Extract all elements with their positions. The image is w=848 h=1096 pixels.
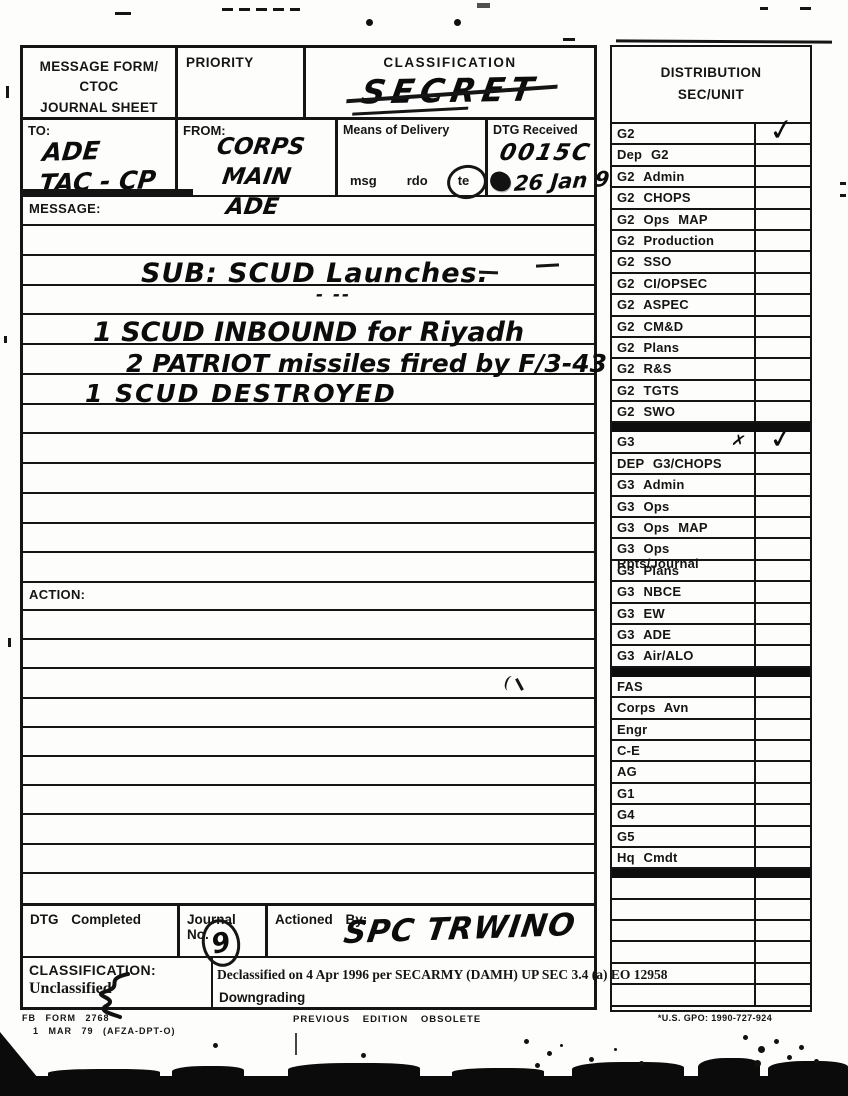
distribution-unit-label: G3 Ops MAP — [612, 518, 756, 537]
distribution-row — [612, 900, 810, 921]
distribution-unit-label: G2 CI/OPSEC — [612, 274, 756, 293]
distribution-checkbox-cell — [756, 698, 810, 717]
distribution-row — [612, 878, 810, 899]
distribution-row: C-E — [612, 741, 810, 762]
checkmark-icon: ✓ — [767, 111, 797, 149]
message-section: MESSAGE: SUB: SCUD Launches.- --1 SCUD I… — [20, 197, 597, 583]
distribution-row: G3 Ops MAP — [612, 518, 810, 539]
message-line: 1 SCUD INBOUND for Riyadh — [23, 315, 594, 345]
distribution-row: G2 CM&D — [612, 317, 810, 338]
handwritten-classification-value: SECRET — [358, 69, 542, 111]
dtg-received-cell: DTG Received 0015C 26 Jan 91 — [488, 120, 594, 195]
distribution-row: FAS — [612, 677, 810, 698]
distribution-checkbox-cell — [756, 604, 810, 623]
scan-artifact — [6, 86, 9, 98]
journal-no-cell: Journal No. 9 — [180, 906, 268, 956]
scan-edge-artifact — [698, 1058, 760, 1078]
message-line: 2 PATRIOT missiles fired by F/3-43 — [23, 345, 594, 375]
distribution-checkbox-cell — [756, 720, 810, 739]
distribution-unit-label: G3 EW — [612, 604, 756, 623]
message-line — [23, 524, 594, 554]
distribution-unit-label: Corps Avn — [612, 698, 756, 717]
scan-speckles — [0, 0, 3, 3]
scan-edge-artifact — [0, 1032, 38, 1078]
distribution-checkbox-cell — [756, 252, 810, 271]
distribution-checkbox-cell — [756, 762, 810, 781]
action-lines — [23, 611, 594, 903]
distribution-rows: G2✓Dep G2G2 AdminG2 CHOPSG2 Ops MAPG2 Pr… — [612, 124, 810, 1007]
distribution-checkbox-cell — [756, 827, 810, 846]
distribution-row: G2 SSO — [612, 252, 810, 273]
distribution-row: G2✓ — [612, 124, 810, 145]
scan-edge-artifact — [572, 1062, 684, 1078]
section-divider — [612, 869, 810, 878]
distribution-row: G5 — [612, 827, 810, 848]
distribution-unit-label: G3 Plans — [612, 561, 756, 580]
message-line: SUB: SCUD Launches. — [23, 256, 594, 286]
handwritten-actioned-by: SPC TRWINO — [342, 907, 579, 951]
distribution-unit-label: G2 R&S — [612, 359, 756, 378]
message-line — [23, 226, 594, 256]
distribution-unit-label: G2 Ops MAP — [612, 210, 756, 229]
scanned-journal-sheet: MESSAGE FORM/ CTOC JOURNAL SHEET PRIORIT… — [0, 0, 848, 1096]
handwritten-dtg-date: 26 Jan 91 — [513, 166, 625, 196]
gpo-print-note: *U.S. GPO: 1990-727-924 — [616, 1013, 814, 1023]
handwritten-message-text: 1 SCUD INBOUND for Riyadh — [93, 317, 524, 348]
distribution-checkbox-cell — [756, 475, 810, 494]
delivery-options: msgrdote — [350, 173, 469, 188]
distribution-checkbox-cell — [756, 210, 810, 229]
scan-edge-artifact — [48, 1069, 160, 1078]
distribution-checkbox-cell — [756, 942, 810, 961]
addressing-row: TO: ADE TAC - CP FROM: CORPS MAIN ADE Me… — [20, 120, 597, 197]
distribution-unit-label: G5 — [612, 827, 756, 846]
scan-artifact — [20, 189, 193, 195]
scan-artifact — [4, 336, 7, 343]
distribution-checkbox-cell — [756, 539, 810, 558]
distribution-row: G3 NBCE — [612, 582, 810, 603]
section-divider — [612, 668, 810, 677]
means-of-delivery-cell: Means of Delivery msgrdote — [338, 120, 488, 195]
action-line — [23, 640, 594, 669]
message-line — [23, 464, 594, 494]
distribution-unit-label: AG — [612, 762, 756, 781]
distribution-checkbox-cell — [756, 338, 810, 357]
handwritten-dtg-time: 0015C — [497, 140, 593, 166]
scan-artifact — [222, 8, 300, 11]
distribution-unit-label: G2 SSO — [612, 252, 756, 271]
means-of-delivery-label: Means of Delivery — [338, 120, 485, 137]
distribution-checkbox-cell — [756, 805, 810, 824]
distribution-checkbox-cell — [756, 359, 810, 378]
distribution-unit-label: G2 TGTS — [612, 381, 756, 400]
message-line: - -- — [23, 286, 594, 316]
distribution-unit-label: G2 — [612, 124, 756, 143]
handwritten-message-text: - -- — [316, 285, 351, 305]
distribution-unit-label: G3 ADE — [612, 625, 756, 644]
distribution-row: G2 ASPEC — [612, 295, 810, 316]
distribution-checkbox-cell — [756, 561, 810, 580]
x-mark-icon: ✗ — [730, 430, 748, 452]
distribution-unit-label — [612, 921, 756, 940]
distribution-unit-label: G3 Ops — [612, 497, 756, 516]
action-section: ACTION: — [20, 583, 597, 903]
distribution-row: G2 Admin — [612, 167, 810, 188]
message-lines: SUB: SCUD Launches.- --1 SCUD INBOUND fo… — [23, 226, 594, 583]
distribution-row — [612, 942, 810, 963]
distribution-row: G1 — [612, 784, 810, 805]
distribution-row: G4 — [612, 805, 810, 826]
scan-artifact — [8, 638, 11, 647]
message-line — [23, 405, 594, 435]
action-line — [23, 815, 594, 844]
distribution-checkbox-cell — [756, 677, 810, 696]
distribution-checkbox-cell — [756, 646, 810, 665]
distribution-unit-label: G2 SWO — [612, 402, 756, 421]
distribution-checkbox-cell — [756, 985, 810, 1004]
action-line — [23, 757, 594, 786]
dtg-received-label: DTG Received — [488, 120, 594, 137]
action-line — [23, 728, 594, 757]
distribution-checkbox-cell: ✓ — [756, 432, 810, 451]
ink-scribble-blob — [488, 169, 514, 194]
distribution-checkbox-cell — [756, 454, 810, 473]
distribution-row: G3 EW — [612, 604, 810, 625]
distribution-checkbox-cell: ✓ — [756, 124, 810, 143]
completion-row: DTG Completed Journal No. 9 Actioned By:… — [20, 903, 597, 958]
distribution-unit-label: C-E — [612, 741, 756, 760]
distribution-unit-label: Dep G2 — [612, 145, 756, 164]
scan-edge-artifact — [288, 1063, 420, 1078]
scan-artifact — [760, 7, 768, 10]
distribution-unit-label: G3✗ — [612, 432, 756, 451]
handwritten-message-text: 1 SCUD DESTROYED — [85, 379, 397, 408]
distribution-unit-label: G4 — [612, 805, 756, 824]
distribution-checkbox-cell — [756, 921, 810, 940]
distribution-row: G2 TGTS — [612, 381, 810, 402]
distribution-checkbox-cell — [756, 964, 810, 983]
distribution-row: Dep G2 — [612, 145, 810, 166]
handwritten-squiggle — [92, 970, 134, 1022]
action-line — [23, 786, 594, 815]
distribution-row: G2 Plans — [612, 338, 810, 359]
journal-no-value: 9 — [209, 926, 234, 960]
distribution-row: G2 R&S — [612, 359, 810, 380]
handwritten-message-text: 2 PATRIOT missiles fired by F/3-43 — [126, 349, 607, 378]
message-line — [23, 553, 594, 583]
distribution-checkbox-cell — [756, 167, 810, 186]
distribution-row — [612, 921, 810, 942]
distribution-unit-label: G2 ASPEC — [612, 295, 756, 314]
distribution-unit-label: G2 Admin — [612, 167, 756, 186]
distribution-row: Engr — [612, 720, 810, 741]
distribution-checkbox-cell — [756, 582, 810, 601]
dtg-completed-label: DTG Completed — [23, 906, 177, 927]
distribution-checkbox-cell — [756, 381, 810, 400]
declassification-cell: Declassified on 4 Apr 1996 per SECARMY (… — [213, 958, 594, 1007]
distribution-unit-label: DEP G3/CHOPS — [612, 454, 756, 473]
distribution-unit-label — [612, 878, 756, 897]
distribution-checkbox-cell — [756, 188, 810, 207]
distribution-row: AG — [612, 762, 810, 783]
downgrading-label: Downgrading — [219, 990, 305, 1005]
distribution-checkbox-cell — [756, 317, 810, 336]
delivery-option-msg: msg — [350, 173, 377, 188]
scan-edge-artifact — [172, 1066, 244, 1078]
classification-label: CLASSIFICATION — [306, 55, 594, 70]
action-line — [23, 845, 594, 874]
distribution-unit-label: G2 Plans — [612, 338, 756, 357]
distribution-checkbox-cell — [756, 878, 810, 897]
distribution-row: G2 Ops MAP — [612, 210, 810, 231]
distribution-row: G2 CHOPS — [612, 188, 810, 209]
action-line — [23, 699, 594, 728]
distribution-row: Corps Avn — [612, 698, 810, 719]
distribution-checkbox-cell — [756, 848, 810, 867]
distribution-checkbox-cell — [756, 900, 810, 919]
distribution-unit-label — [612, 900, 756, 919]
scan-edge-artifact — [768, 1061, 848, 1078]
distribution-checkbox-cell — [756, 741, 810, 760]
classification-cell: CLASSIFICATION SECRET — [306, 48, 594, 117]
scan-artifact — [616, 39, 832, 43]
distribution-unit-label: Engr — [612, 720, 756, 739]
declassified-stamp: Declassified on 4 Apr 1996 per SECARMY (… — [217, 967, 668, 983]
distribution-checkbox-cell — [756, 625, 810, 644]
distribution-unit-label: G3 Admin — [612, 475, 756, 494]
distribution-checkbox-cell — [756, 274, 810, 293]
distribution-row — [612, 985, 810, 1006]
handwritten-message-text: SUB: SCUD Launches. — [141, 258, 489, 289]
distribution-unit-label: Hq Cmdt — [612, 848, 756, 867]
to-cell: TO: ADE TAC - CP — [23, 120, 178, 195]
distribution-checkbox-cell — [756, 145, 810, 164]
distribution-unit-label: G2 Production — [612, 231, 756, 250]
scan-artifact — [563, 38, 575, 41]
distribution-row: G3 Plans — [612, 561, 810, 582]
dtg-date-row: 26 Jan 91 — [490, 169, 624, 193]
action-line — [23, 874, 594, 903]
distribution-unit-label: G3 Ops Rpts/Journal — [612, 539, 756, 558]
distribution-checkbox-cell — [756, 231, 810, 250]
scan-artifact — [800, 7, 811, 10]
message-line — [23, 434, 594, 464]
distribution-checkbox-cell — [756, 518, 810, 537]
distribution-row: G2 CI/OPSEC — [612, 274, 810, 295]
scan-edge-artifact — [0, 1076, 848, 1096]
message-label: MESSAGE: — [23, 197, 594, 226]
distribution-row: G3✗✓ — [612, 432, 810, 453]
form-date: 1 MAR 79 (AFZA-DPT-O) — [22, 1025, 176, 1038]
scan-artifact — [115, 12, 131, 15]
distribution-unit-label: G2 CM&D — [612, 317, 756, 336]
scan-artifact — [477, 3, 490, 8]
distribution-row: G3 Admin — [612, 475, 810, 496]
distribution-row: DEP G3/CHOPS — [612, 454, 810, 475]
distribution-unit-label: G3 NBCE — [612, 582, 756, 601]
distribution-checkbox-cell — [756, 402, 810, 421]
dtg-completed-cell: DTG Completed — [23, 906, 180, 956]
checkmark-icon: ✓ — [767, 420, 797, 458]
message-line: 1 SCUD DESTROYED — [23, 375, 594, 405]
form-title: MESSAGE FORM/ CTOC JOURNAL SHEET — [23, 48, 178, 117]
distribution-row: G3 Ops — [612, 497, 810, 518]
from-cell: FROM: CORPS MAIN ADE — [178, 120, 338, 195]
previous-edition-note: PREVIOUS EDITION OBSOLETE — [293, 1014, 481, 1025]
distribution-sidebar: DISTRIBUTION SEC/UNIT G2✓Dep G2G2 AdminG… — [610, 45, 812, 1012]
distribution-unit-label: G1 — [612, 784, 756, 803]
distribution-row: G3 ADE — [612, 625, 810, 646]
distribution-unit-label — [612, 942, 756, 961]
distribution-unit-label: G3 Air/ALO — [612, 646, 756, 665]
delivery-option-rdo: rdo — [407, 173, 428, 188]
distribution-row: Hq Cmdt — [612, 848, 810, 869]
distribution-unit-label — [612, 985, 756, 1004]
distribution-row: G3 Ops Rpts/Journal — [612, 539, 810, 560]
action-line — [23, 611, 594, 640]
scan-edge-artifact — [452, 1068, 544, 1078]
scan-artifact — [295, 1033, 297, 1055]
distribution-row: G3 Air/ALO — [612, 646, 810, 667]
scan-artifact — [840, 182, 846, 185]
distribution-row: G2 Production — [612, 231, 810, 252]
distribution-unit-label: FAS — [612, 677, 756, 696]
form-header-row: MESSAGE FORM/ CTOC JOURNAL SHEET PRIORIT… — [20, 45, 597, 120]
priority-label: PRIORITY — [186, 55, 254, 70]
distribution-checkbox-cell — [756, 295, 810, 314]
distribution-checkbox-cell — [756, 784, 810, 803]
actioned-by-cell: Actioned By: SPC TRWINO — [268, 906, 594, 956]
priority-cell: PRIORITY — [178, 48, 306, 117]
distribution-unit-label: G2 CHOPS — [612, 188, 756, 207]
message-line — [23, 494, 594, 524]
distribution-checkbox-cell — [756, 497, 810, 516]
delivery-option-te: te — [458, 173, 470, 188]
scan-artifact — [840, 194, 846, 197]
action-label: ACTION: — [23, 583, 594, 611]
